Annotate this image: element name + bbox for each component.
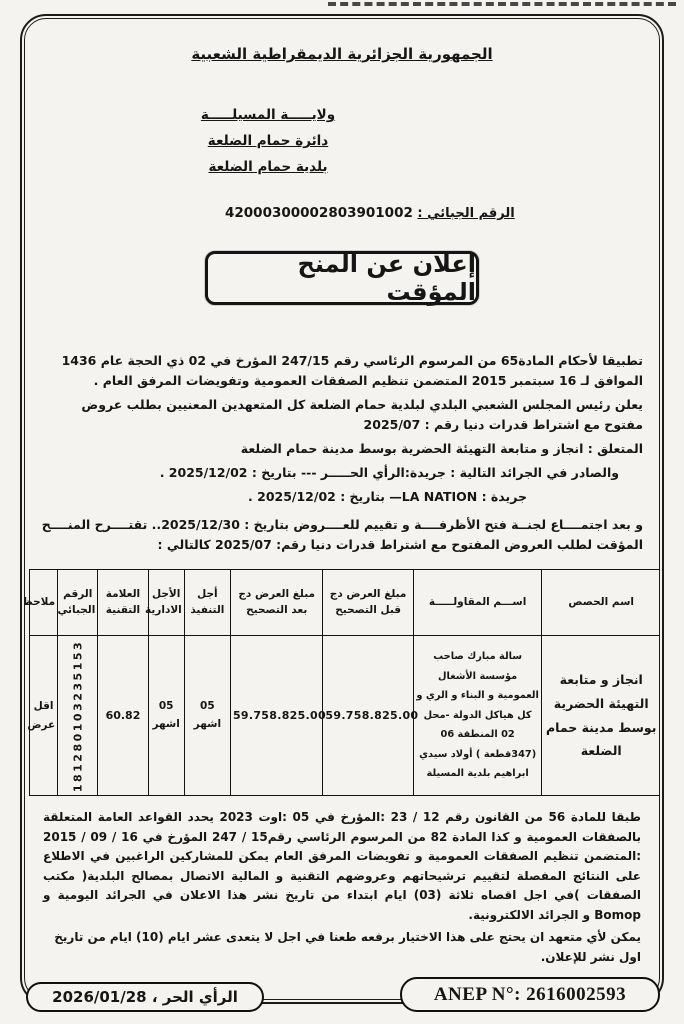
col-header-note: ملاحظة <box>30 570 58 636</box>
administrative-period-cell: 05 اشهر <box>148 636 184 796</box>
wilaya-line: ولايـــــة المسيلـــــة <box>193 107 343 123</box>
newspaper-date-stamp: الرأي الحر ، 2026/01/28 <box>26 982 264 1012</box>
announcement-title-box: إعلان عن المنح المؤقت <box>205 251 479 305</box>
daira-line: دائرة حمام الضلعة <box>193 133 343 149</box>
anep-number-stamp: ANEP N°: 2616002593 <box>400 977 660 1012</box>
appeal-paragraph: يمكن لأي متعهد ان يحتج على هذا الاختيار … <box>43 928 641 967</box>
technical-score-cell: 60.82 <box>98 636 148 796</box>
commune-line: بلدية حمام الضلعة <box>193 159 343 175</box>
republic-header: الجمهورية الجزائرية الديمقراطية الشعبية <box>25 45 659 63</box>
tax-number-line: الرقم الجبائي : 42000300002803901002 <box>225 205 515 221</box>
col-header-amount-after: مبلغ العرض دج بعد التصحيح <box>230 570 322 636</box>
col-header-administrative-period: الأجل الادارية <box>148 570 184 636</box>
document-border-frame: الجمهورية الجزائرية الديمقراطية الشعبية … <box>20 14 664 1004</box>
newspaper-line-2: جريدة : LA NATION— بتاريخ : 2025/12/02 . <box>41 487 643 507</box>
note-cell: اقل عرض <box>30 636 58 796</box>
scan-edge-artifact <box>328 2 676 6</box>
col-header-technical-score: العلامة التقنية <box>98 570 148 636</box>
table-row: انجاز و متابعة التهيئة الحضرية بوسط مدين… <box>30 636 661 796</box>
page-title: إعلان عن المنح المؤقت <box>208 250 476 306</box>
col-header-amount-before: مبلغ العرض دج قبل التصحيح <box>323 570 413 636</box>
legal-paragraph: طبقا للمادة 56 من القانون رقم 12 / 23 :ا… <box>43 808 641 925</box>
row-tax-number-cell: 181280103235153 <box>58 636 98 796</box>
execution-period-cell: 05 اشهر <box>184 636 230 796</box>
committee-meeting-paragraph: و بعد اجتمــــاع لجنــة فتح الأظرفــــة … <box>41 515 643 555</box>
col-header-lot-name: اسم الحصص <box>542 570 660 636</box>
newspaper-line-1: والصادر في الجرائد التالية : جريدة:الرأي… <box>41 463 643 483</box>
document-page: الجمهورية الجزائرية الديمقراطية الشعبية … <box>24 18 660 1000</box>
amount-after-cell: 59.758.825.00 <box>230 636 322 796</box>
tax-number-label: الرقم الجبائي : <box>417 206 514 221</box>
col-header-contractor: اســـم المقاولـــــة <box>413 570 542 636</box>
legal-section: طبقا للمادة 56 من القانون رقم 12 / 23 :ا… <box>25 808 659 967</box>
lot-name-cell: انجاز و متابعة التهيئة الحضرية بوسط مدين… <box>542 636 660 796</box>
table-header-row: اسم الحصص اســـم المقاولـــــة مبلغ العر… <box>30 570 661 636</box>
col-header-tax-number: الرقم الجبائي <box>58 570 98 636</box>
decree-reference-paragraph: تطبيقا لأحكام المادة65 من المرسوم الرئاس… <box>41 351 643 391</box>
row-tax-number-value: 181280103235153 <box>71 639 84 791</box>
award-results-table: اسم الحصص اســـم المقاولـــــة مبلغ العر… <box>29 569 660 796</box>
col-header-execution-period: أجل التنفيذ <box>184 570 230 636</box>
announcement-body: تطبيقا لأحكام المادة65 من المرسوم الرئاس… <box>25 351 659 555</box>
tax-number-value: 42000300002803901002 <box>225 205 413 221</box>
amount-before-cell: 59.758.825.00 <box>323 636 413 796</box>
contractor-cell: سالة مبارك صاحب مؤسسة الأشغال العمومية و… <box>413 636 542 796</box>
administrative-divisions: ولايـــــة المسيلـــــة دائرة حمام الضلع… <box>193 107 343 175</box>
mayor-announcement-paragraph: يعلن رئيس المجلس الشعبي البلدي لبلدية حم… <box>41 395 643 435</box>
subject-line: المتعلق : انجاز و متابعة التهيئة الحضرية… <box>41 439 643 459</box>
